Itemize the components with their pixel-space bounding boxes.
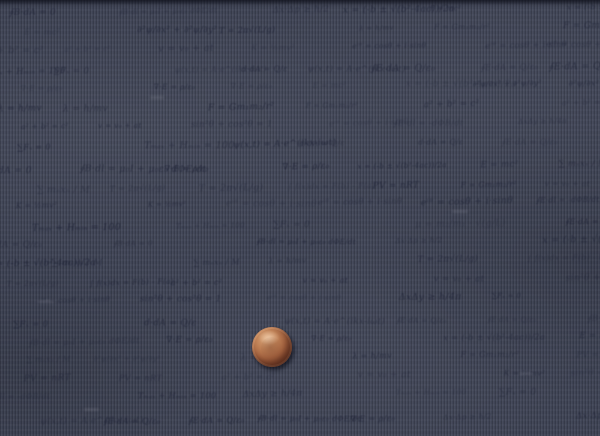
- fabric-photo: ∮B·dA = 0∮B·dl = μ₀I + μ₀ε₀ dΦE∕dtΔx·Δp …: [0, 0, 600, 436]
- copper-coin: [252, 327, 292, 367]
- coin-relief-shading: [261, 337, 282, 360]
- photo-vignette: [0, 0, 600, 436]
